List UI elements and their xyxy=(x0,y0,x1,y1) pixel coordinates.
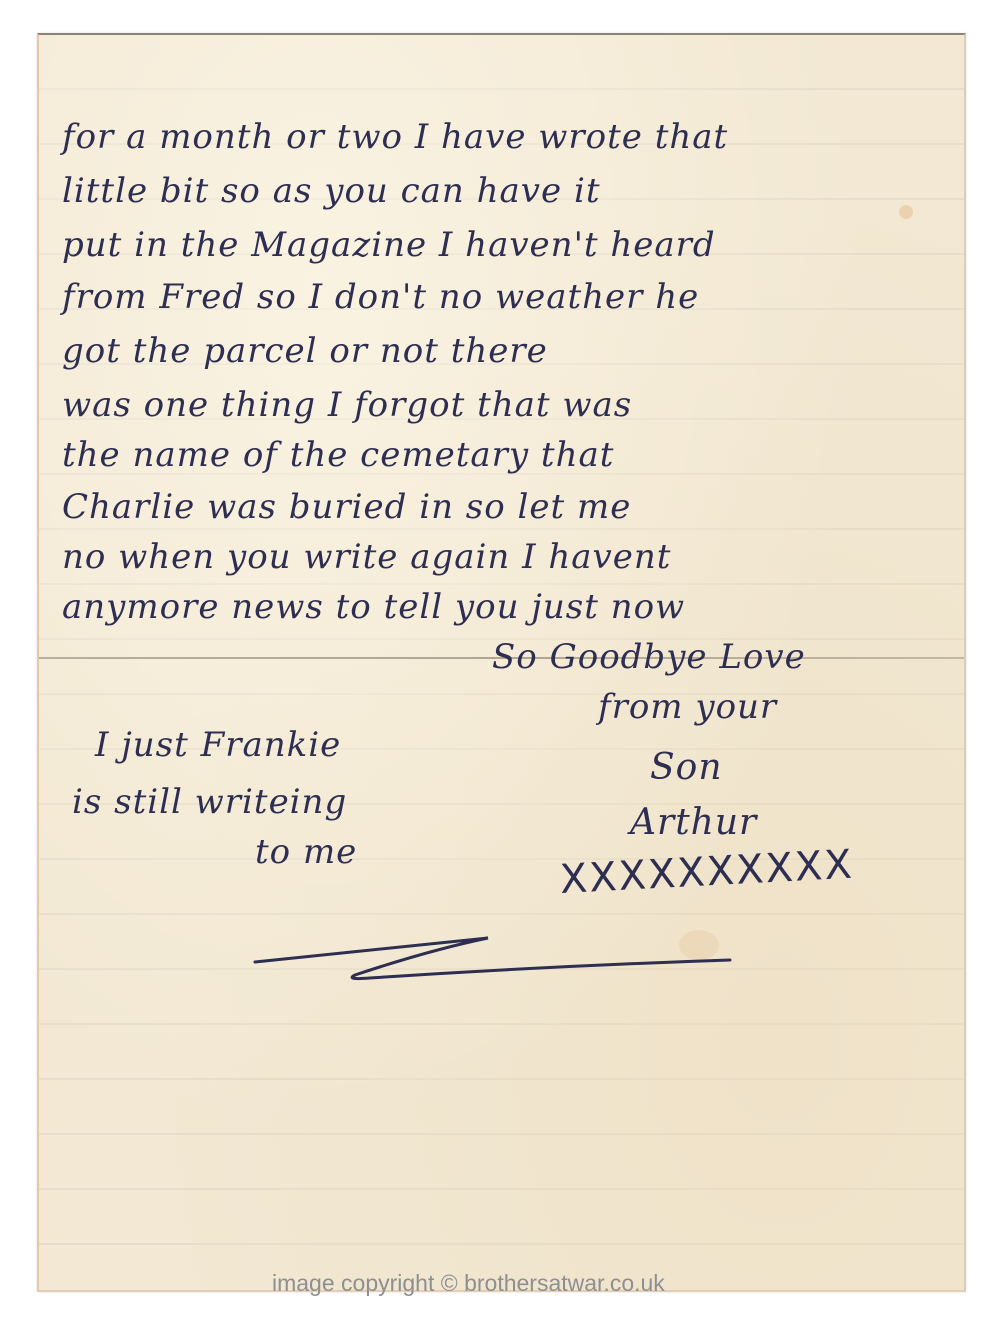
end-flourish-icon xyxy=(250,930,750,1000)
letter-line-6: was one thing I forgot that was xyxy=(62,388,632,422)
letter-line-9: no when you write again I havent xyxy=(62,540,671,574)
letter-line-10: anymore news to tell you just now xyxy=(62,590,685,624)
letter-line-3: put in the Magazine I haven't heard xyxy=(62,228,716,262)
copyright-watermark: image copyright © brothersatwar.co.uk xyxy=(272,1270,665,1297)
letter-line-5: got the parcel or not there xyxy=(62,334,548,368)
postscript-line-2: is still writeing xyxy=(72,785,347,819)
signature-arthur: Arthur xyxy=(630,805,757,841)
postscript-line-1: I just Frankie xyxy=(95,728,341,762)
postscript-line-3: to me xyxy=(255,835,357,869)
letter-line-2: little bit so as you can have it xyxy=(62,174,600,208)
paper-stain xyxy=(899,205,913,219)
letter-line-4: from Fred so I don't no weather he xyxy=(62,280,699,314)
closing-from-your: from your xyxy=(598,690,777,724)
letter-line-1: for a month or two I have wrote that xyxy=(62,120,728,154)
letter-line-8: Charlie was buried in so let me xyxy=(62,490,631,524)
closing-goodbye: So Goodbye Love xyxy=(492,640,806,674)
closing-son: Son xyxy=(650,750,723,786)
letter-line-7: the name of the cemetary that xyxy=(62,438,614,472)
